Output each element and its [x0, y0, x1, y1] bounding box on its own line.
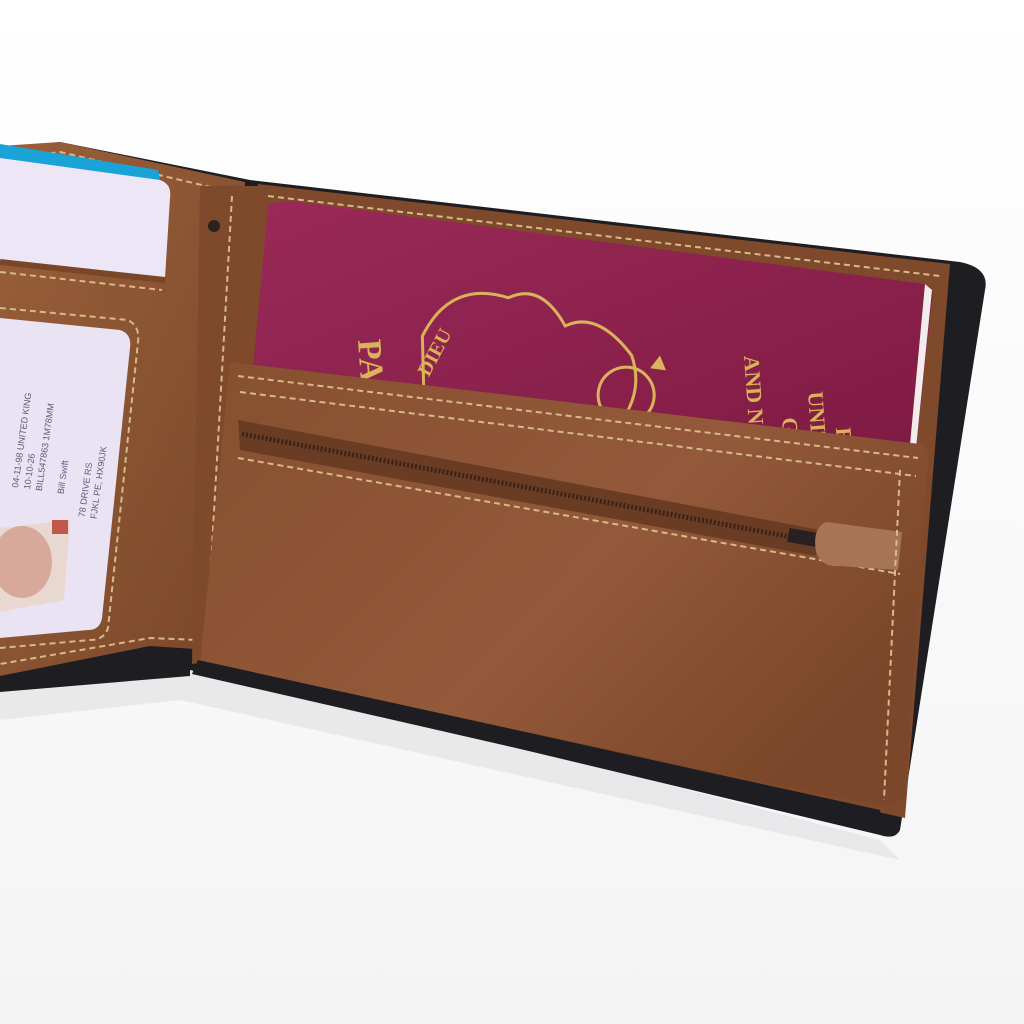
rivet-icon	[208, 220, 220, 232]
passport-title: PA	[350, 338, 390, 384]
wallet-photo: 04-11-98 UNITED KING 10-10-26 BILL547863…	[0, 0, 1024, 1024]
license-photo-accent	[52, 520, 68, 534]
